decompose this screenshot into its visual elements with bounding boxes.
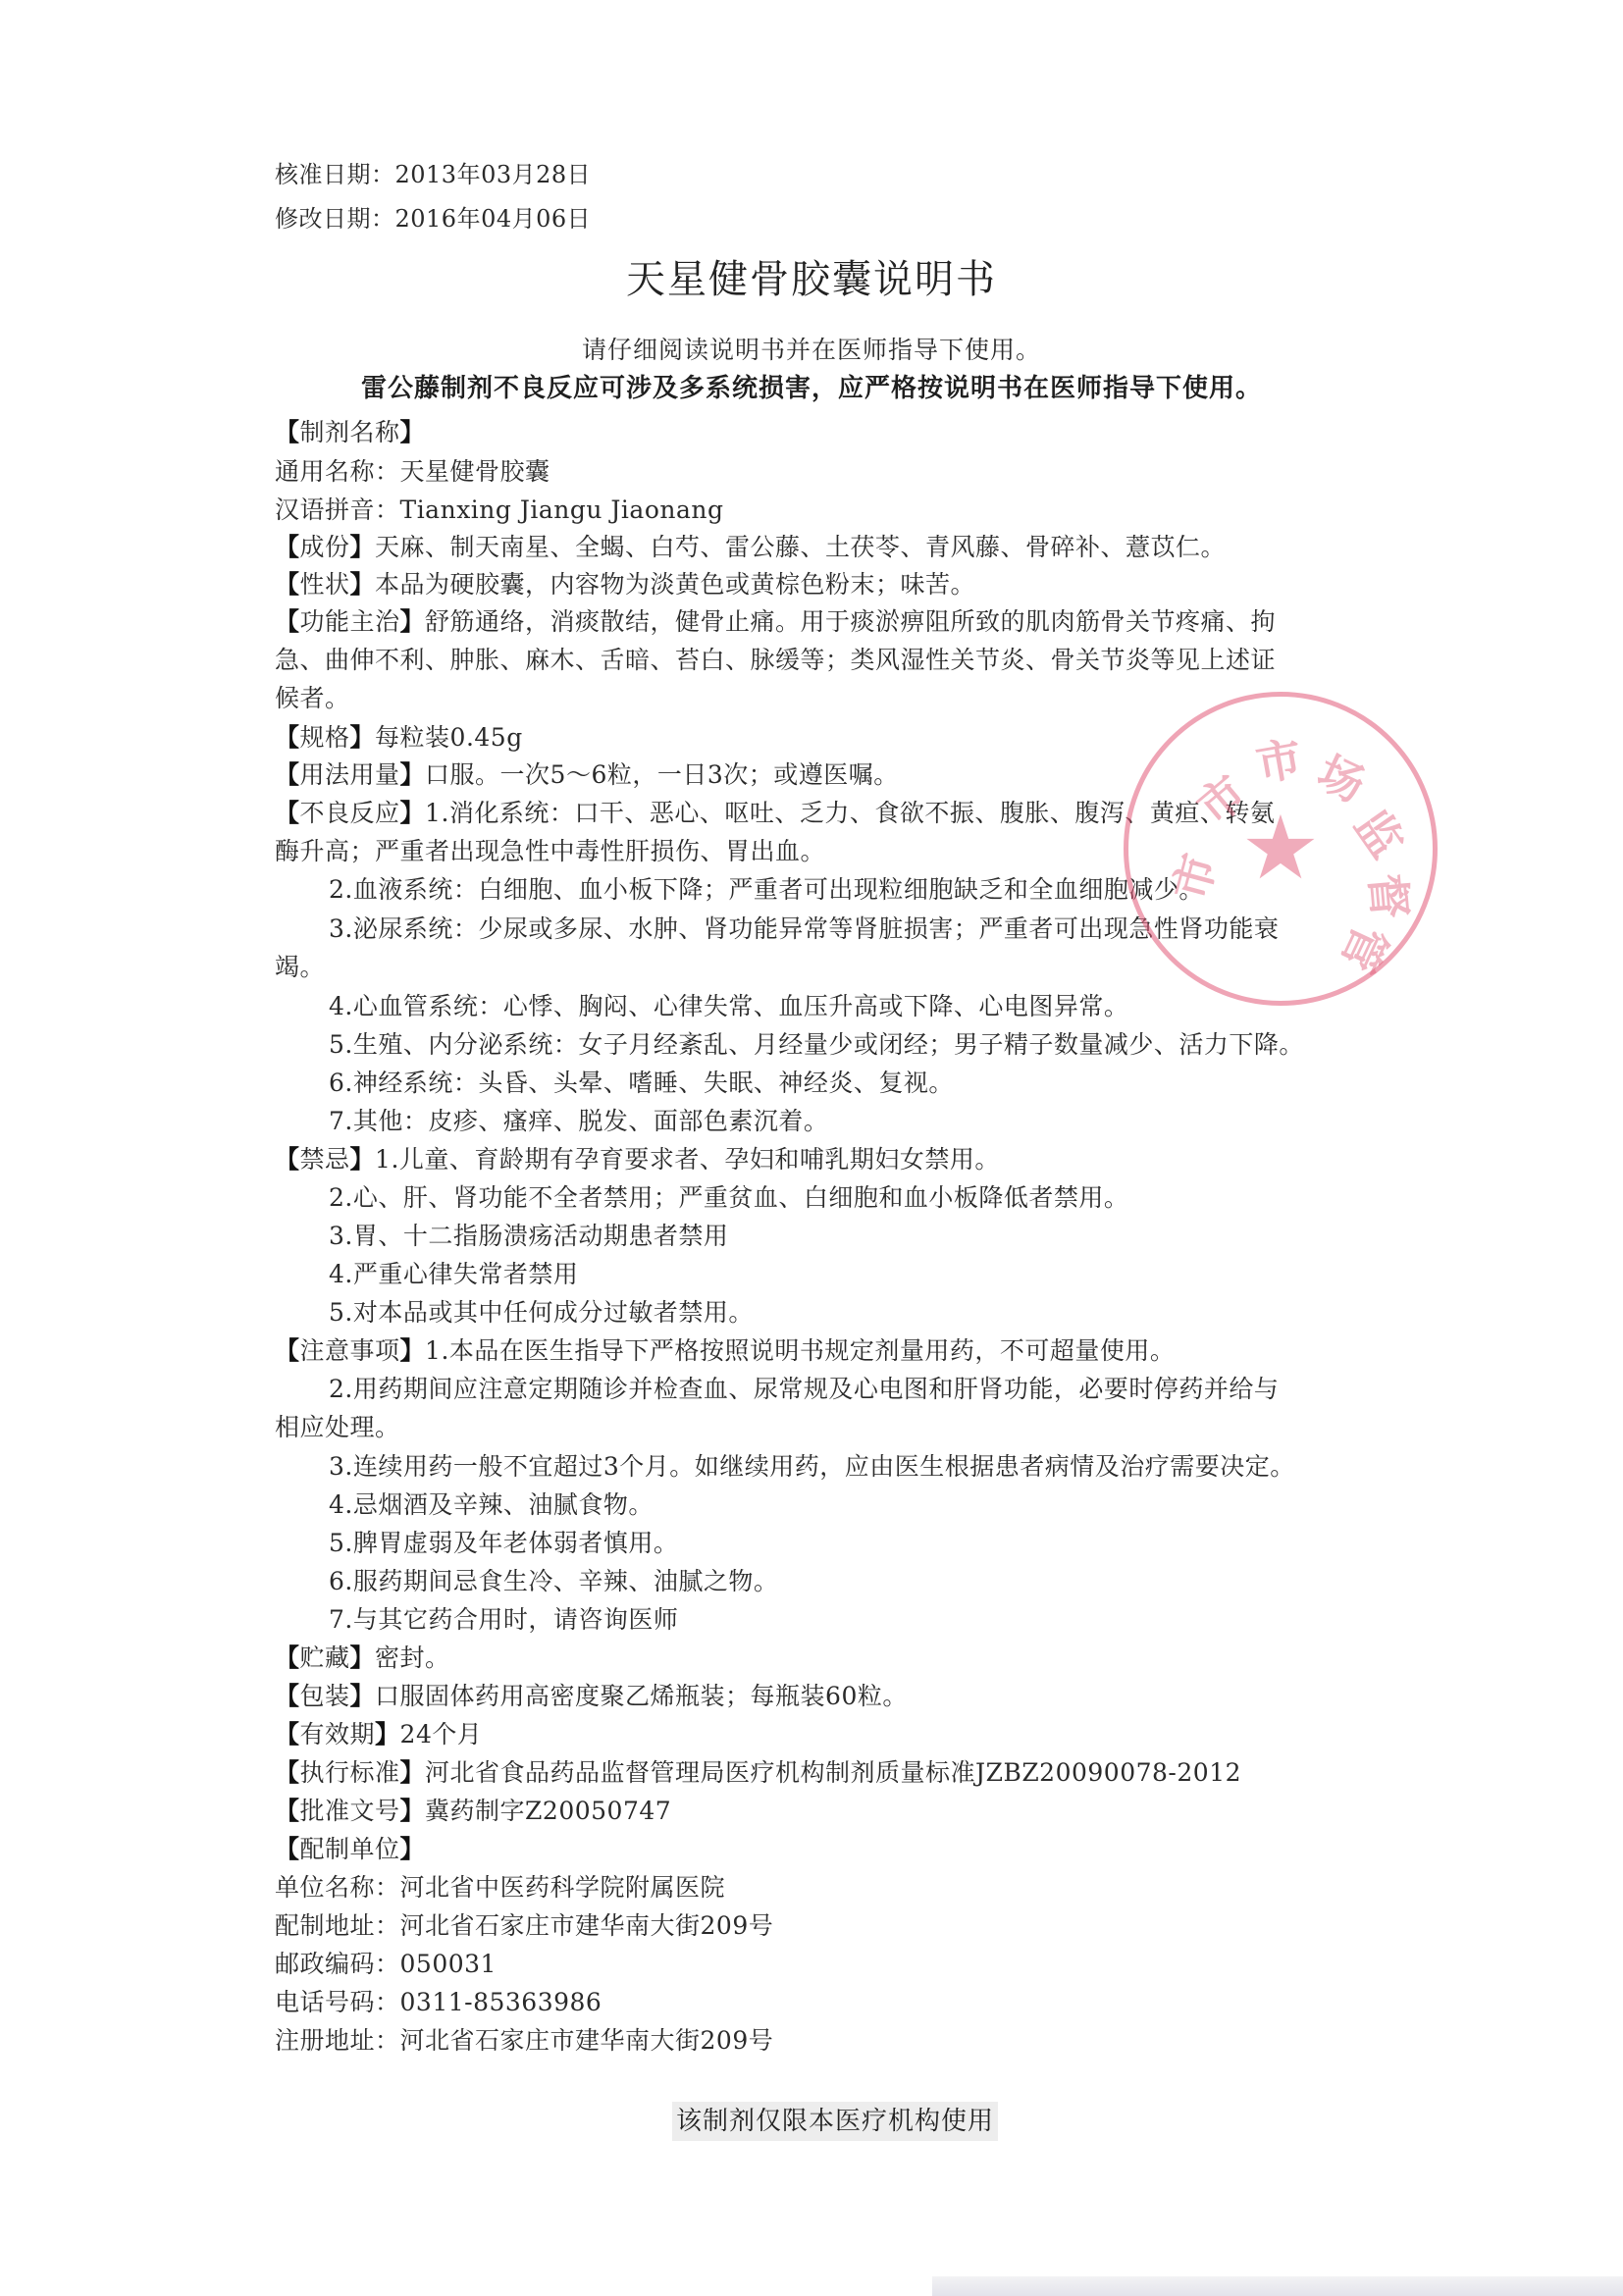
adverse-item: 2.血液系统：白细胞、血小板下降；严重者可出现粒细胞缺乏和全血细胞减少。 — [329, 872, 1204, 908]
adverse-item: 5.生殖、内分泌系统：女子月经紊乱、月经量少或闭经；男子精子数量减少、活力下降。 — [329, 1027, 1304, 1063]
manufacturer-address-line: 配制地址：河北省石家庄市建华南大街209号 — [275, 1908, 773, 1944]
document-subtitle: 请仔细阅读说明书并在医师指导下使用。 — [0, 333, 1623, 368]
adverse-item: 1.消化系统：口干、恶心、呕吐、乏力、食欲不振、腹胀、腹泻、黄疸、转氨 — [425, 799, 1275, 827]
document-page: 核准日期：2013年03月28日 修改日期：2016年04月06日 天星健骨胶囊… — [0, 0, 1623, 2296]
indications-line-2: 急、曲伸不利、肿胀、麻木、舌暗、苔白、脉缓等；类风湿性关节炎、骨关节炎等见上述证 — [275, 643, 1276, 678]
adverse-item: 酶升高；严重者出现急性中毒性肝损伤、胃出血。 — [275, 834, 825, 869]
section-approval-number: 【批准文号】冀药制字Z20050747 — [275, 1794, 671, 1829]
packaging-text: 口服固体药用高密度聚乙烯瓶装；每瓶装60粒。 — [375, 1682, 908, 1710]
contraindication-item: 3.胃、十二指肠溃疡活动期患者禁用 — [329, 1219, 728, 1254]
shelf-life-text: 24个月 — [400, 1720, 483, 1748]
section-storage: 【贮藏】密封。 — [275, 1641, 450, 1676]
section-description: 【性状】本品为硬胶囊，内容物为淡黄色或黄棕色粉末；味苦。 — [275, 567, 975, 602]
indications-text: 舒筋通络，消痰散结，健骨止痛。用于痰淤痹阻所致的肌肉筋骨关节疼痛、拘 — [425, 607, 1276, 636]
section-dosage: 【用法用量】口服。一次5～6粒，一日3次；或遵医嘱。 — [275, 757, 899, 793]
section-packaging: 【包装】口服固体药用高密度聚乙烯瓶装；每瓶装60粒。 — [275, 1679, 908, 1714]
ingredients-text: 天麻、制天南星、全蝎、白芍、雷公藤、土茯苓、青风藤、骨碎补、薏苡仁。 — [375, 533, 1226, 561]
adverse-item: 竭。 — [275, 950, 325, 985]
approval-number-text: 冀药制字Z20050747 — [425, 1797, 671, 1825]
safety-warning: 雷公藤制剂不良反应可涉及多系统损害，应严格按说明书在医师指导下使用。 — [0, 371, 1623, 406]
document-title: 天星健骨胶囊说明书 — [0, 253, 1623, 306]
section-ingredients: 【成份】天麻、制天南星、全蝎、白芍、雷公藤、土茯苓、青风藤、骨碎补、薏苡仁。 — [275, 530, 1226, 565]
contraindication-item: 4.严重心律失常者禁用 — [329, 1257, 578, 1292]
approval-date-label: 核准日期： — [275, 161, 395, 188]
dosage-text: 口服。一次5～6粒，一日3次；或遵医嘱。 — [425, 760, 899, 789]
postcode-line: 邮政编码：050031 — [275, 1947, 497, 1982]
precaution-item: 相应处理。 — [275, 1410, 400, 1445]
official-seal-stamp: 市 市 市 场 监 督 管 ★ — [1124, 692, 1438, 1006]
stamp-text: 市 市 市 场 监 督 管 — [1128, 697, 1433, 1001]
precaution-item: 6.服药期间忌食生冷、辛辣、油腻之物。 — [329, 1564, 778, 1599]
pinyin-value: Tianxing Jiangu Jiaonang — [400, 496, 724, 524]
generic-name-line: 通用名称：天星健骨胶囊 — [275, 454, 550, 490]
precaution-item: 4.忌烟酒及辛辣、油腻食物。 — [329, 1487, 654, 1523]
scan-edge-artifact — [932, 2276, 1623, 2296]
adverse-item: 3.泌尿系统：少尿或多尿、水肿、肾功能异常等肾脏损害；严重者可出现急性肾功能衰 — [329, 912, 1279, 947]
section-preparation-name-heading: 【制剂名称】 — [275, 415, 425, 450]
section-shelf-life: 【有效期】24个月 — [275, 1717, 482, 1752]
footer-usage-note: 该制剂仅限本医疗机构使用 — [672, 2102, 998, 2141]
standard-text: 河北省食品药品监督管理局医疗机构制剂质量标准JZBZ20090078-2012 — [425, 1758, 1241, 1787]
postcode-value: 050031 — [400, 1950, 497, 1978]
section-precautions: 【注意事项】1.本品在医生指导下严格按照说明书规定剂量用药，不可超量使用。 — [275, 1333, 1175, 1369]
contraindication-item: 5.对本品或其中任何成分过敏者禁用。 — [329, 1295, 754, 1331]
section-manufacturer-heading: 【配制单位】 — [275, 1832, 425, 1867]
precaution-item: 7.与其它药合用时，请咨询医师 — [329, 1602, 678, 1638]
manufacturer-name-line: 单位名称：河北省中医药科学院附属医院 — [275, 1870, 725, 1905]
description-text: 本品为硬胶囊，内容物为淡黄色或黄棕色粉末；味苦。 — [375, 570, 975, 599]
revision-date-label: 修改日期： — [275, 205, 395, 233]
section-adverse-reactions: 【不良反应】1.消化系统：口干、恶心、呕吐、乏力、食欲不振、腹胀、腹泻、黄疸、转… — [275, 796, 1275, 831]
registered-address-line: 注册地址：河北省石家庄市建华南大街209号 — [275, 2023, 773, 2059]
precaution-item: 2.用药期间应注意定期随诊并检查血、尿常规及心电图和肝肾功能，必要时停药并给与 — [329, 1372, 1279, 1407]
indications-line-3: 候者。 — [275, 681, 350, 716]
generic-name-value: 天星健骨胶囊 — [400, 457, 550, 486]
registered-address-value: 河北省石家庄市建华南大街209号 — [400, 2026, 774, 2055]
precaution-item: 5.脾胃虚弱及年老体弱者慎用。 — [329, 1526, 678, 1561]
storage-text: 密封。 — [375, 1644, 450, 1672]
precaution-item: 3.连续用药一般不宜超过3个月。如继续用药，应由医生根据患者病情及治疗需要决定。 — [329, 1449, 1295, 1485]
section-standard: 【执行标准】河北省食品药品监督管理局医疗机构制剂质量标准JZBZ20090078… — [275, 1755, 1241, 1791]
phone-line: 电话号码：0311-85363986 — [275, 1985, 602, 2020]
precaution-item: 1.本品在医生指导下严格按照说明书规定剂量用药，不可超量使用。 — [425, 1336, 1175, 1365]
section-contraindications: 【禁忌】1.儿童、育龄期有孕育要求者、孕妇和哺乳期妇女禁用。 — [275, 1142, 1000, 1177]
pinyin-line: 汉语拼音：Tianxing Jiangu Jiaonang — [275, 493, 724, 528]
revision-date-value: 2016年04月06日 — [395, 205, 592, 233]
approval-date-line: 核准日期：2013年03月28日 — [275, 157, 591, 192]
specification-text: 每粒装0.45g — [375, 723, 523, 752]
adverse-item: 6.神经系统：头昏、头晕、嗜睡、失眠、神经炎、复视。 — [329, 1066, 954, 1101]
revision-date-line: 修改日期：2016年04月06日 — [275, 201, 591, 236]
section-specification: 【规格】每粒装0.45g — [275, 720, 523, 756]
section-indications: 【功能主治】舒筋通络，消痰散结，健骨止痛。用于痰淤痹阻所致的肌肉筋骨关节疼痛、拘 — [275, 604, 1276, 640]
contraindication-item: 2.心、肝、肾功能不全者禁用；严重贫血、白细胞和血小板降低者禁用。 — [329, 1180, 1128, 1216]
manufacturer-address: 河北省石家庄市建华南大街209号 — [400, 1911, 774, 1940]
contraindication-item: 1.儿童、育龄期有孕育要求者、孕妇和哺乳期妇女禁用。 — [375, 1145, 1000, 1174]
manufacturer-name: 河北省中医药科学院附属医院 — [400, 1873, 726, 1902]
approval-date-value: 2013年03月28日 — [395, 161, 592, 188]
phone-value: 0311-85363986 — [400, 1988, 602, 2016]
adverse-item: 4.心血管系统：心悸、胸闷、心律失常、血压升高或下降、心电图异常。 — [329, 989, 1128, 1024]
section-label: 制剂名称 — [300, 418, 400, 446]
adverse-item: 7.其他：皮疹、瘙痒、脱发、面部色素沉着。 — [329, 1104, 828, 1139]
